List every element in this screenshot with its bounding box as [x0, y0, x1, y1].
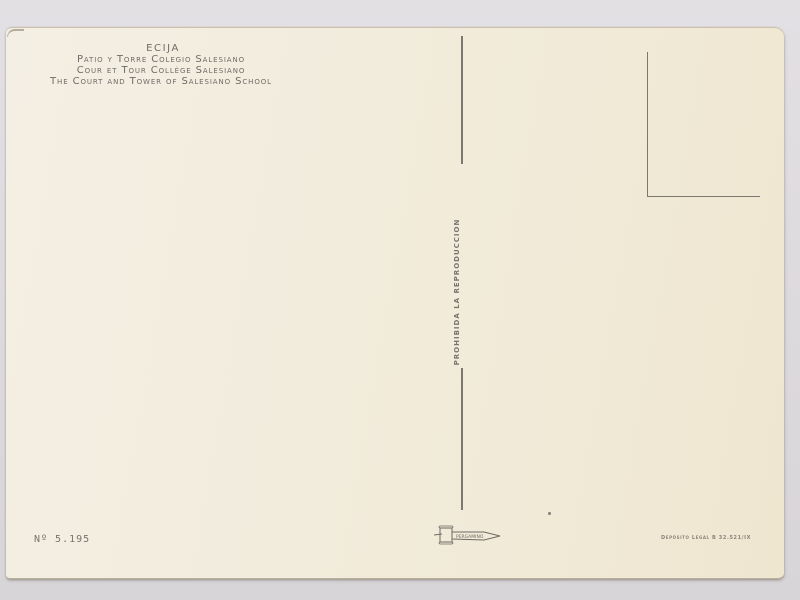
postcard-caption: ECIJA Patio y Torre Colegio Salesiano Co… [6, 43, 316, 87]
ink-speck [548, 512, 551, 515]
caption-line-spanish: Patio y Torre Colegio Salesiano [6, 54, 316, 65]
center-divider-top [461, 36, 463, 164]
caption-line-english: The Court and Tower of Salesiano School [6, 76, 316, 87]
postcard-back: ECIJA Patio y Torre Colegio Salesiano Co… [6, 27, 784, 579]
stamp-placeholder-box [647, 52, 760, 197]
caption-title: ECIJA [10, 43, 316, 54]
scroll-pen-logo-icon: PERGAMINO [434, 524, 504, 546]
legal-deposit: Depósito Legal B 32.521/IX [661, 535, 751, 541]
corner-wear [7, 29, 24, 37]
svg-text:PERGAMINO: PERGAMINO [456, 534, 484, 540]
center-divider-bottom [461, 368, 463, 510]
caption-line-french: Cour et Tour Collège Salesiano [6, 65, 316, 76]
card-number: Nº 5.195 [34, 534, 90, 545]
reproduction-notice: PROHIBIDA LA REPRODUCCION [453, 219, 461, 366]
